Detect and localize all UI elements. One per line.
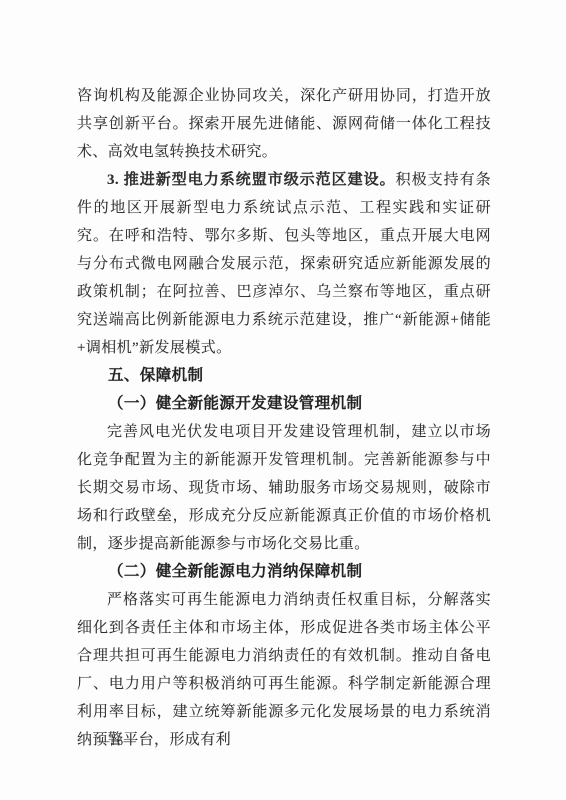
page-number: —16—: [97, 733, 137, 749]
paragraph-subsection-2: 严格落实可再生能源电力消纳责任权重目标，分解落实细化到各责任主体和市场主体，形成…: [77, 586, 491, 754]
section-heading-5: 五、保障机制: [77, 362, 491, 390]
paragraph-item-3: 3. 推进新型电力系统盟市级示范区建设。积极支持有条件的地区开展新型电力系统试点…: [77, 166, 491, 362]
document-body: 咨询机构及能源企业协同攻关，深化产研用协同，打造开放共享创新平台。探索开展先进储…: [77, 82, 491, 754]
item-3-body: 积极支持有条件的地区开展新型电力系统试点示范、工程实践和实证研究。在呼和浩特、鄂…: [77, 172, 491, 356]
subsection-heading-1: （一）健全新能源开发建设管理机制: [77, 390, 491, 418]
subsection-heading-2: （二）健全新能源电力消纳保障机制: [77, 558, 491, 586]
paragraph-subsection-1: 完善风电光伏发电项目开发建设管理机制，建立以市场化竞争配置为主的新能源开发管理机…: [77, 418, 491, 558]
item-3-title: 3. 推进新型电力系统盟市级示范区建设。: [107, 172, 396, 188]
document-page: 咨询机构及能源企业协同攻关，深化产研用协同，打造开放共享创新平台。探索开展先进储…: [0, 0, 566, 800]
paragraph-continuation: 咨询机构及能源企业协同攻关，深化产研用协同，打造开放共享创新平台。探索开展先进储…: [77, 82, 491, 166]
